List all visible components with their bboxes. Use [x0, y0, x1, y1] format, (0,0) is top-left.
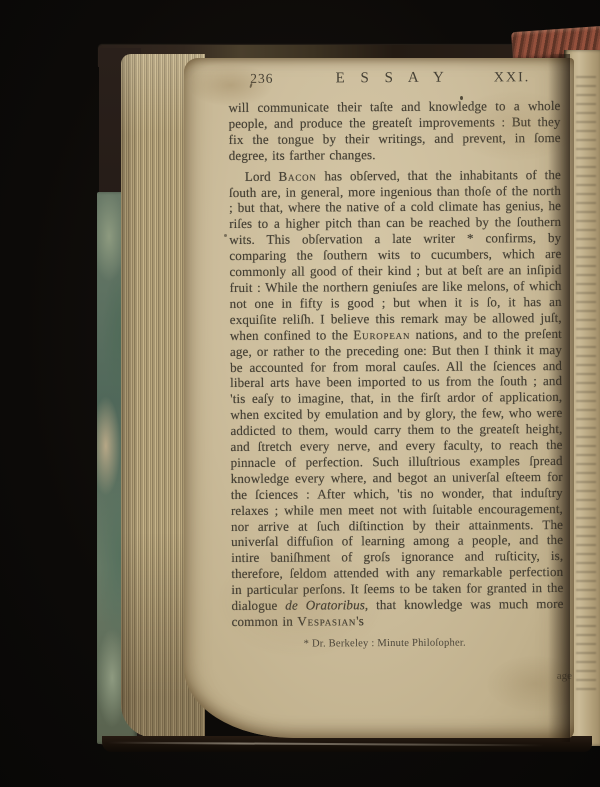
running-header: 236 E S S A Y XXI. [250, 69, 530, 88]
page-content: 236 E S S A Y XXI. will communicate thei… [228, 69, 564, 650]
running-title: E S S A Y [291, 69, 493, 87]
book-page: 236 E S S A Y XXI. will communicate thei… [184, 58, 574, 738]
page-number: 236 [250, 71, 273, 87]
ink-speck [224, 234, 227, 237]
paragraph: Lord Bacon has obſerved, that the inhabi… [229, 167, 564, 630]
gutter-shadow [548, 54, 570, 742]
footnote: * Dr. Berkeley : Minute Philoſopher. [232, 637, 564, 650]
body-text: will communicate their taſte and knowled… [228, 98, 563, 630]
paragraph: will communicate their taſte and knowled… [228, 98, 560, 164]
facing-page-blurred-text [576, 76, 596, 694]
photo-background: { "colors": { "background": "#0b0908", "… [0, 0, 600, 787]
chapter-number: XXI. [494, 70, 530, 86]
